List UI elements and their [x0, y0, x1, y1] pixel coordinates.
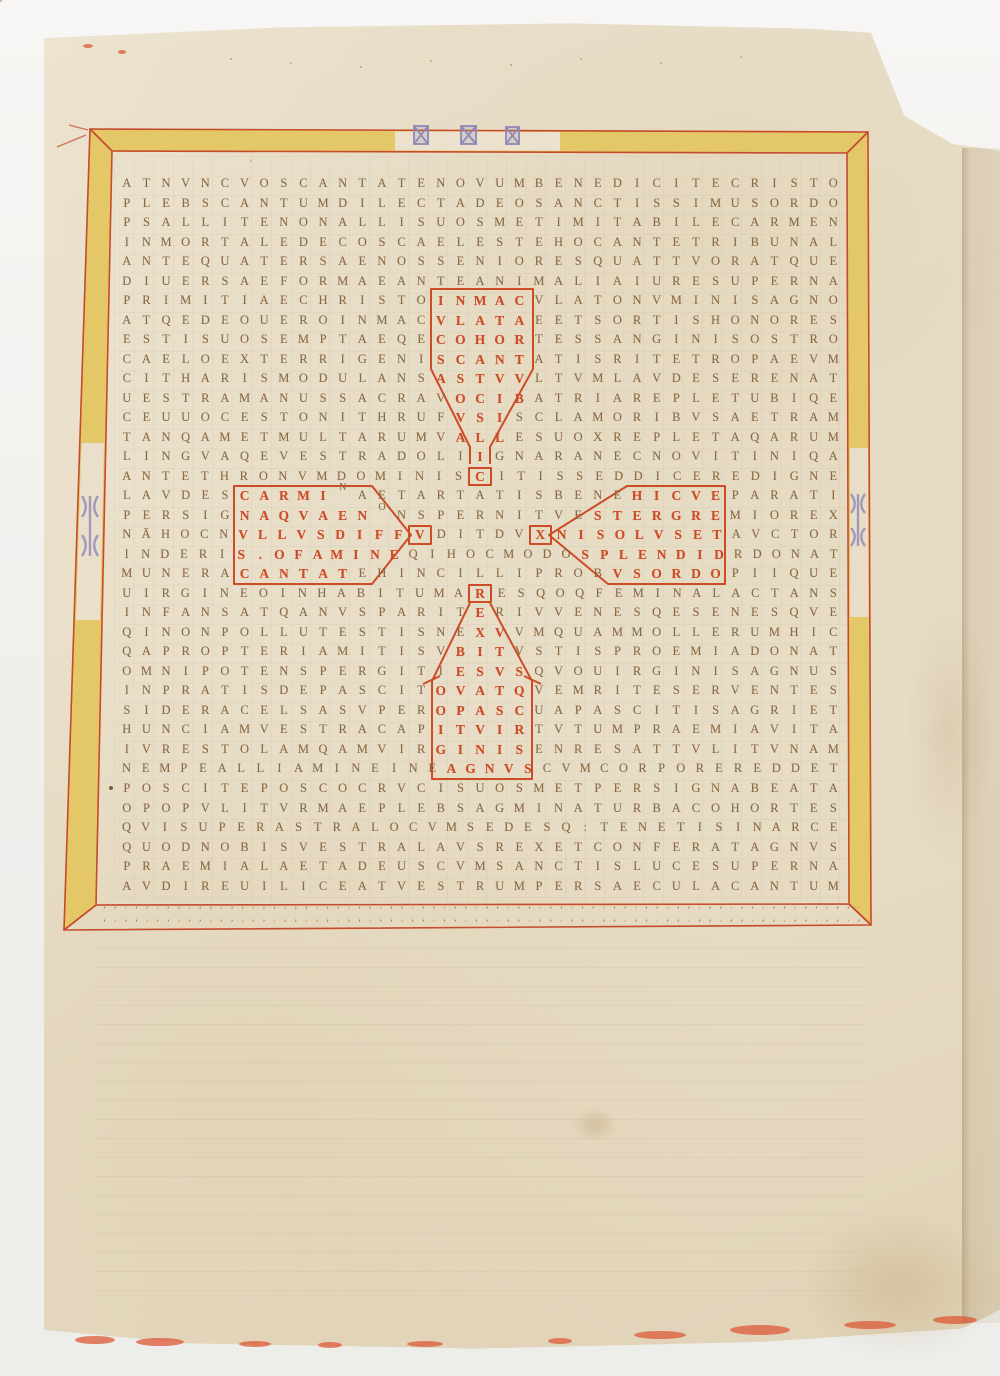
- letter-cell: C: [595, 759, 614, 779]
- tick-mark: ’: [836, 906, 839, 915]
- letter-cell: I: [804, 623, 824, 643]
- letter-cell: R: [470, 506, 490, 526]
- letter-cell: E: [709, 759, 728, 779]
- letter-cell: X: [588, 428, 608, 448]
- letter-cell: E: [392, 194, 412, 214]
- letter-cell: E: [451, 252, 471, 272]
- letter-cell: I: [510, 486, 530, 506]
- letter-cell: A: [824, 272, 844, 292]
- letter-cell: S: [431, 877, 451, 897]
- letter-cell: S: [667, 194, 687, 214]
- tick-mark: ’: [124, 919, 127, 928]
- letter-cell: A: [137, 428, 157, 448]
- letter-cell: I: [647, 701, 667, 721]
- poem-row: OMNIPOTENSPERGITIESVSQVOUIRGINISAGNUS: [117, 662, 843, 682]
- tick-mark: ’: [762, 906, 765, 915]
- letter-cell: O: [196, 408, 216, 428]
- letter-cell: A: [117, 252, 137, 272]
- letter-cell: A: [196, 681, 216, 701]
- letter-cell: M: [333, 272, 353, 292]
- letter-cell: N: [627, 233, 647, 253]
- letter-cell: L: [176, 213, 196, 233]
- letter-cell: O: [706, 252, 726, 272]
- letter-cell: A: [137, 642, 157, 662]
- letter-cell: E: [686, 428, 706, 448]
- letter-cell: E: [411, 877, 431, 897]
- tick-mark: ’: [135, 906, 138, 915]
- letter-cell: L: [686, 623, 706, 643]
- letter-cell: M: [411, 428, 431, 448]
- letter-cell: D: [804, 194, 824, 214]
- letter-cell: E: [633, 545, 652, 565]
- letter-cell: O: [176, 623, 196, 643]
- letter-cell: M: [294, 330, 314, 350]
- letter-cell: I: [137, 447, 157, 467]
- letter-cell: O: [490, 779, 510, 799]
- letter-cell: S: [156, 389, 176, 409]
- letter-cell: O: [156, 799, 176, 819]
- letter-cell: E: [687, 467, 707, 487]
- letter-cell: U: [410, 584, 430, 604]
- letter-cell: A: [608, 877, 628, 897]
- letter-cell: L: [706, 584, 726, 604]
- letter-cell: A: [353, 877, 373, 897]
- letter-cell: E: [235, 408, 255, 428]
- tick-mark: ’: [390, 906, 393, 915]
- letter-cell: L: [365, 818, 384, 838]
- tick-mark: ’: [432, 906, 435, 915]
- letter-cell: N: [411, 564, 431, 584]
- letter-cell: S: [588, 330, 608, 350]
- tick-mark: ’: [326, 906, 329, 915]
- letter-cell: U: [294, 428, 314, 448]
- letter-cell: S: [588, 506, 608, 526]
- letter-cell: N: [480, 759, 499, 779]
- letter-cell: E: [549, 330, 569, 350]
- letter-cell: A: [117, 877, 137, 897]
- letter-cell: E: [667, 603, 687, 623]
- letter-cell: S: [824, 838, 844, 858]
- letter-cell: A: [254, 506, 274, 526]
- letter-cell: S: [156, 779, 176, 799]
- letter-cell: L: [451, 311, 471, 331]
- tick-mark: ’: [390, 919, 393, 928]
- letter-cell: B: [667, 408, 687, 428]
- letter-cell: P: [667, 389, 687, 409]
- letter-cell: E: [372, 330, 392, 350]
- letter-cell: R: [234, 467, 254, 487]
- tick-mark: ’: [602, 906, 605, 915]
- letter-cell: T: [647, 311, 667, 331]
- letter-cell: E: [333, 662, 353, 682]
- letter-cell: S: [668, 525, 687, 545]
- tick-mark: ’: [719, 919, 722, 928]
- letter-cell: E: [686, 369, 706, 389]
- letter-cell: P: [725, 486, 745, 506]
- letter-cell: U: [470, 779, 490, 799]
- letter-cell: P: [411, 720, 431, 740]
- letter-cell: L: [549, 408, 569, 428]
- letter-cell: T: [804, 486, 824, 506]
- letter-cell: I: [196, 779, 216, 799]
- letter-cell: Q: [117, 818, 136, 838]
- letter-cell: N: [137, 681, 157, 701]
- letter-cell: V: [686, 408, 706, 428]
- letter-cell: L: [372, 194, 392, 214]
- poem-row: QINONPOLLUTESTISNEXVVMQUAMMOLLERUMHIC: [117, 623, 843, 643]
- letter-cell: T: [745, 740, 765, 760]
- letter-cell: E: [549, 779, 569, 799]
- letter-cell: V: [549, 720, 569, 740]
- letter-cell: M: [706, 194, 726, 214]
- letter-cell: I: [235, 799, 255, 819]
- letter-cell: O: [706, 799, 726, 819]
- tick-mark: ’: [624, 919, 627, 928]
- tick-mark: ’: [114, 906, 117, 915]
- letter-cell: R: [667, 272, 687, 292]
- letter-cell: N: [156, 428, 176, 448]
- letter-cell: E: [627, 506, 647, 526]
- tick-mark: ’: [549, 906, 552, 915]
- letter-cell: R: [313, 272, 333, 292]
- poem-row: QAPROPTERIAMITISVBITVSTISPROEMIADONAT: [117, 642, 843, 662]
- tick-mark: ’: [273, 906, 276, 915]
- letter-cell: O: [824, 291, 844, 311]
- tick-mark: ’: [454, 906, 457, 915]
- letter-cell: O: [333, 779, 353, 799]
- letter-cell: S: [137, 330, 157, 350]
- tick-mark: ’: [422, 919, 425, 928]
- letter-cell: D: [156, 701, 176, 721]
- letter-cell: C: [725, 877, 745, 897]
- letter-cell: I: [686, 291, 706, 311]
- letter-cell: S: [588, 877, 608, 897]
- letter-cell: S: [706, 272, 726, 292]
- letter-cell: D: [667, 369, 687, 389]
- letter-cell: R: [765, 486, 785, 506]
- tick-mark: ’: [486, 906, 489, 915]
- letter-cell: N: [136, 545, 155, 565]
- letter-cell: I: [667, 662, 687, 682]
- letter-cell: E: [608, 486, 628, 506]
- letter-cell: A: [529, 447, 549, 467]
- letter-cell: I: [117, 740, 137, 760]
- letter-cell: E: [254, 701, 274, 721]
- letter-cell: H: [442, 545, 461, 565]
- letter-cell: A: [745, 213, 765, 233]
- letter-cell: E: [549, 311, 569, 331]
- letter-cell: T: [707, 525, 726, 545]
- tick-mark: ’: [231, 919, 234, 928]
- tick-mark: ’: [103, 919, 106, 928]
- letter-cell: S: [254, 681, 274, 701]
- tick-mark: ’: [347, 906, 350, 915]
- poem-row: CAELOEXTERRIGENISCANTATISRITETROPAEVM: [117, 350, 843, 370]
- letter-cell: R: [333, 720, 353, 740]
- letter-cell: O: [767, 545, 786, 565]
- letter-cell: S: [470, 662, 490, 682]
- letter-cell: G: [176, 584, 196, 604]
- letter-cell: A: [235, 233, 255, 253]
- letter-cell: I: [490, 389, 510, 409]
- letter-cell: I: [725, 233, 745, 253]
- letter-cell: L: [667, 428, 687, 448]
- letter-cell: V: [274, 447, 294, 467]
- letter-cell: V: [431, 389, 451, 409]
- letter-cell: E: [174, 545, 193, 565]
- letter-cell: I: [490, 740, 510, 760]
- letter-cell: U: [137, 838, 157, 858]
- letter-cell: I: [333, 408, 353, 428]
- letter-cell: I: [350, 525, 369, 545]
- letter-cell: A: [608, 330, 628, 350]
- letter-cell: B: [745, 233, 765, 253]
- letter-cell: T: [215, 291, 235, 311]
- letter-cell: I: [608, 681, 628, 701]
- letter-cell: N: [404, 759, 423, 779]
- letter-cell: A: [235, 194, 255, 214]
- letter-cell: I: [273, 584, 293, 604]
- letter-cell: R: [529, 252, 549, 272]
- letter-cell: A: [392, 272, 412, 292]
- letter-cell: O: [270, 545, 289, 565]
- letter-cell: O: [137, 779, 157, 799]
- letter-cell: I: [429, 467, 449, 487]
- letter-cell: S: [411, 369, 431, 389]
- letter-cell: I: [549, 213, 569, 233]
- tick-mark: ’: [645, 906, 648, 915]
- letter-cell: T: [706, 428, 726, 448]
- letter-cell: I: [706, 330, 726, 350]
- poem-row: OPOPVLITVRMAEPLEBSAGMINATURBACOHORTES: [117, 799, 843, 819]
- letter-cell: L: [490, 564, 510, 584]
- letter-cell: P: [117, 213, 137, 233]
- poem-row: QVISUPERASTRALOCVMSEDESQ:TENETISINARCE: [117, 818, 843, 838]
- letter-cell: I: [588, 389, 608, 409]
- letter-cell: S: [411, 857, 431, 877]
- letter-cell: G: [490, 799, 510, 819]
- letter-cell: T: [568, 857, 588, 877]
- letter-cell: N: [470, 252, 490, 272]
- letter-cell: A: [137, 486, 157, 506]
- letter-cell: T: [313, 623, 333, 643]
- letter-cell: A: [510, 857, 530, 877]
- letter-cell: C: [510, 291, 530, 311]
- letter-cell: O: [294, 408, 314, 428]
- letter-cell: E: [232, 818, 251, 838]
- letter-cell: U: [215, 252, 235, 272]
- letter-cell: U: [549, 428, 569, 448]
- tick-mark: ’: [103, 906, 106, 915]
- letter-cell: A: [627, 369, 647, 389]
- letter-cell: E: [824, 389, 844, 409]
- letter-cell: C: [313, 877, 333, 897]
- letter-cell: E: [411, 174, 431, 194]
- letter-cell: V: [510, 642, 530, 662]
- letter-cell: A: [235, 272, 255, 292]
- letter-cell: V: [451, 681, 471, 701]
- tick-mark: ’: [857, 906, 860, 915]
- tick-mark: ’: [730, 919, 733, 928]
- letter-cell: S: [576, 545, 595, 565]
- letter-cell: L: [470, 564, 490, 584]
- letter-cell: I: [176, 330, 196, 350]
- letter-cell: I: [392, 681, 412, 701]
- letter-cell: E: [176, 701, 196, 721]
- letter-cell: O: [568, 662, 588, 682]
- letter-cell: C: [529, 408, 549, 428]
- letter-cell: E: [549, 838, 569, 858]
- letter-cell: I: [784, 447, 804, 467]
- letter-cell: T: [254, 603, 274, 623]
- letter-cell: C: [235, 564, 255, 584]
- letter-cell: P: [117, 779, 137, 799]
- letter-cell: E: [470, 603, 490, 623]
- tick-mark: ’: [199, 906, 202, 915]
- letter-cell: A: [667, 799, 687, 819]
- letter-cell: T: [470, 369, 490, 389]
- letter-cell: C: [411, 311, 431, 331]
- letter-cell: I: [155, 818, 174, 838]
- tick-mark: ’: [156, 919, 159, 928]
- letter-cell: E: [627, 428, 647, 448]
- letter-cell: E: [451, 506, 471, 526]
- letter-cell: R: [667, 564, 687, 584]
- letter-cell: D: [767, 759, 786, 779]
- crossed-square-ornament: [461, 126, 476, 144]
- letter-cell: I: [510, 603, 530, 623]
- letter-cell: A: [627, 213, 647, 233]
- letter-cell: N: [490, 506, 510, 526]
- letter-cell: I: [353, 642, 373, 662]
- letter-cell: V: [233, 525, 252, 545]
- letter-cell: U: [333, 369, 353, 389]
- letter-cell: E: [765, 369, 785, 389]
- letter-cell: M: [327, 545, 346, 565]
- letter-cell: V: [156, 486, 176, 506]
- letter-cell: V: [649, 525, 668, 545]
- letter-cell: I: [392, 213, 412, 233]
- letter-cell: E: [480, 818, 499, 838]
- letter-cell: P: [451, 701, 471, 721]
- letter-cell: D: [117, 272, 137, 292]
- letter-cell: U: [392, 857, 412, 877]
- letter-cell: N: [156, 623, 176, 643]
- letter-cell: A: [196, 428, 216, 448]
- letter-cell: S: [215, 272, 235, 292]
- letter-cell: T: [529, 330, 549, 350]
- letter-cell: A: [235, 857, 255, 877]
- poem-row: DIUERSAEFORMAEANTEANIMALIAIURESUPERNA: [117, 272, 843, 292]
- letter-cell: L: [274, 877, 294, 897]
- letter-cell: E: [804, 213, 824, 233]
- letter-cell: E: [176, 252, 196, 272]
- letter-cell: O: [294, 213, 314, 233]
- tick-mark: ’: [698, 906, 701, 915]
- letter-cell: M: [725, 506, 745, 526]
- letter-cell: N: [196, 838, 216, 858]
- tick-mark: ’: [432, 919, 435, 928]
- letter-cell: R: [765, 701, 785, 721]
- letter-cell: A: [745, 720, 765, 740]
- letter-cell: U: [725, 857, 745, 877]
- letter-cell: R: [411, 603, 431, 623]
- letter-cell: H: [470, 330, 490, 350]
- letter-cell: N: [313, 603, 333, 623]
- letter-cell: O: [294, 369, 314, 389]
- letter-cell: U: [588, 662, 608, 682]
- letter-cell: R: [353, 447, 373, 467]
- poem-row: POSCITEPOSCOCRVCISUOSMETPERSIGNABEATA: [117, 779, 843, 799]
- letter-cell: E: [313, 233, 333, 253]
- tick-mark: ’: [486, 919, 489, 928]
- letter-cell: Q: [570, 584, 590, 604]
- letter-cell: D: [353, 857, 373, 877]
- tick-mark: ’: [602, 919, 605, 928]
- letter-cell: T: [824, 369, 844, 389]
- letter-cell: P: [745, 350, 765, 370]
- letter-cell: A: [353, 486, 373, 506]
- letter-cell: N: [627, 838, 647, 858]
- letter-cell: T: [608, 194, 628, 214]
- letter-cell: M: [568, 213, 588, 233]
- letter-cell: O: [610, 525, 629, 545]
- letter-cell: L: [254, 233, 274, 253]
- letter-cell: F: [647, 838, 667, 858]
- letter-cell: T: [490, 681, 510, 701]
- letter-cell: T: [490, 486, 510, 506]
- letter-cell: A: [568, 291, 588, 311]
- letter-cell: M: [117, 564, 137, 584]
- letter-cell: E: [549, 252, 569, 272]
- tick-mark: ’: [369, 906, 372, 915]
- letter-cell: R: [784, 194, 804, 214]
- letter-cell: N: [804, 272, 824, 292]
- letter-cell: O: [431, 701, 451, 721]
- letter-cell: M: [470, 291, 490, 311]
- letter-cell: P: [156, 681, 176, 701]
- letter-cell: N: [765, 877, 785, 897]
- letter-cell: C: [667, 857, 687, 877]
- letter-cell: C: [195, 525, 214, 545]
- letter-cell: C: [176, 720, 196, 740]
- letter-cell: O: [490, 330, 510, 350]
- tick-mark: ’: [826, 906, 829, 915]
- letter-cell: A: [824, 447, 844, 467]
- letter-cell: L: [353, 369, 373, 389]
- tick-mark: ’: [454, 919, 457, 928]
- letter-cell: T: [313, 857, 333, 877]
- letter-cell: R: [784, 408, 804, 428]
- letter-cell: T: [686, 233, 706, 253]
- letter-cell: S: [490, 701, 510, 721]
- letter-cell: E: [274, 330, 294, 350]
- letter-cell: A: [470, 486, 490, 506]
- letter-cell: E: [470, 233, 490, 253]
- letter-cell: H: [706, 311, 726, 331]
- letter-cell: A: [804, 740, 824, 760]
- tick-mark: ’: [815, 919, 818, 928]
- letter-cell: L: [215, 799, 235, 819]
- letter-cell: I: [510, 564, 530, 584]
- tick-mark: ’: [220, 919, 223, 928]
- letter-cell: V: [470, 720, 490, 740]
- letter-cell: S: [824, 662, 844, 682]
- letter-cell: S: [588, 311, 608, 331]
- letter-cell: A: [765, 291, 785, 311]
- letter-cell: N: [313, 213, 333, 233]
- letter-cell: G: [215, 506, 235, 526]
